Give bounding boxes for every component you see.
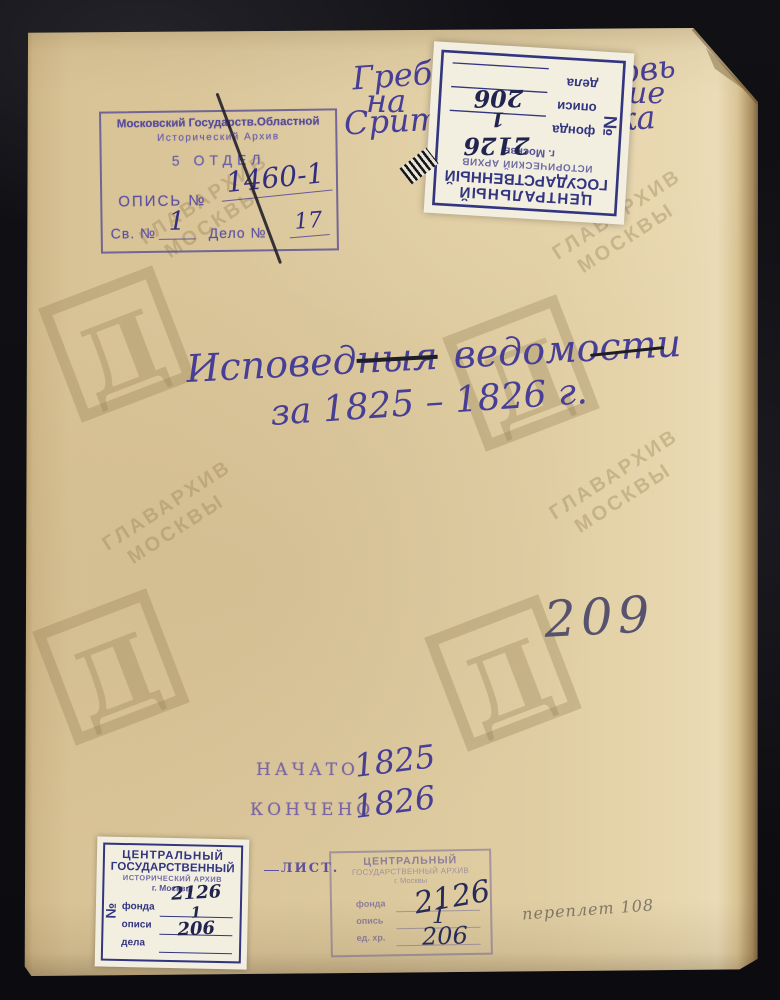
started-label: НАЧАТО: [256, 760, 359, 780]
delo-row: дела206: [121, 937, 234, 957]
delo-number-handwritten: 206: [177, 918, 216, 941]
stamp-org-line2: Исторический Архив: [101, 130, 335, 144]
started-year: 1825: [352, 737, 437, 785]
archive-cover-photo: ГЛАВАРХИВМОСКВЫ Д ГЛАВАРХИВМОСКВЫ Д ГЛАВ…: [0, 0, 780, 1000]
sv-number-handwritten: 1: [158, 206, 195, 240]
watermark-text: ГЛАВАРХИВМОСКВЫ: [545, 424, 697, 547]
finished-year: 1826: [352, 778, 437, 826]
number-sign: №: [102, 903, 118, 919]
delo-number-handwritten: 206: [474, 83, 524, 111]
paper-cover: ГЛАВАРХИВМОСКВЫ Д ГЛАВАРХИВМОСКВЫ Д ГЛАВ…: [24, 28, 758, 976]
delo-number-handwritten: 206: [422, 921, 469, 951]
watermark-logo-icon: Д: [32, 588, 190, 746]
delo-number-handwritten: 17: [287, 207, 329, 238]
struck-word: ныя: [355, 334, 438, 382]
watermark-text: ГЛАВАРХИВМОСКВЫ: [98, 455, 250, 578]
label-stamp-box: ЦЕНТРАЛЬНЫЙ ГОСУДАРСТВЕННЫЙ ИСТОРИЧЕСКИЙ…: [432, 50, 626, 217]
central-archive-label-bottom: ЦЕНТРАЛЬНЫЙ ГОСУДАРСТВЕННЫЙ ИСТОРИЧЕСКИЙ…: [95, 836, 250, 969]
delo-label: Дело №: [209, 224, 267, 241]
fond-number-handwritten: 2126: [463, 131, 529, 159]
central-archive-label-top: ЦЕНТРАЛЬНЫЙ ГОСУДАРСТВЕННЫЙ ИСТОРИЧЕСКИЙ…: [424, 41, 635, 225]
delo-row: дела206: [449, 58, 599, 91]
page-number: 209: [543, 585, 656, 649]
binding-note: переплет 108: [521, 895, 654, 923]
watermark-logo-icon: Д: [38, 265, 196, 423]
church-title-fragment: Срит: [343, 100, 441, 143]
dog-ear-fold-edge: [692, 28, 759, 105]
label-stamp-box: ЦЕНТРАЛЬНЫЙ ГОСУДАРСТВЕННЫЙ ИСТОРИЧЕСКИЙ…: [101, 843, 243, 964]
stamp-org-line1: Московский Государств.Областной: [101, 115, 335, 130]
title-word: Исповед: [185, 338, 358, 391]
number-sign: №: [599, 115, 621, 137]
main-title: Исповедныяведомости: [185, 321, 682, 391]
sheet-count-line: [264, 870, 279, 871]
fond-number-handwritten: 2126: [171, 881, 222, 904]
regional-archive-stamp: Московский Государств.Областной Историче…: [99, 108, 339, 253]
sv-label: Св. №: [111, 225, 157, 242]
